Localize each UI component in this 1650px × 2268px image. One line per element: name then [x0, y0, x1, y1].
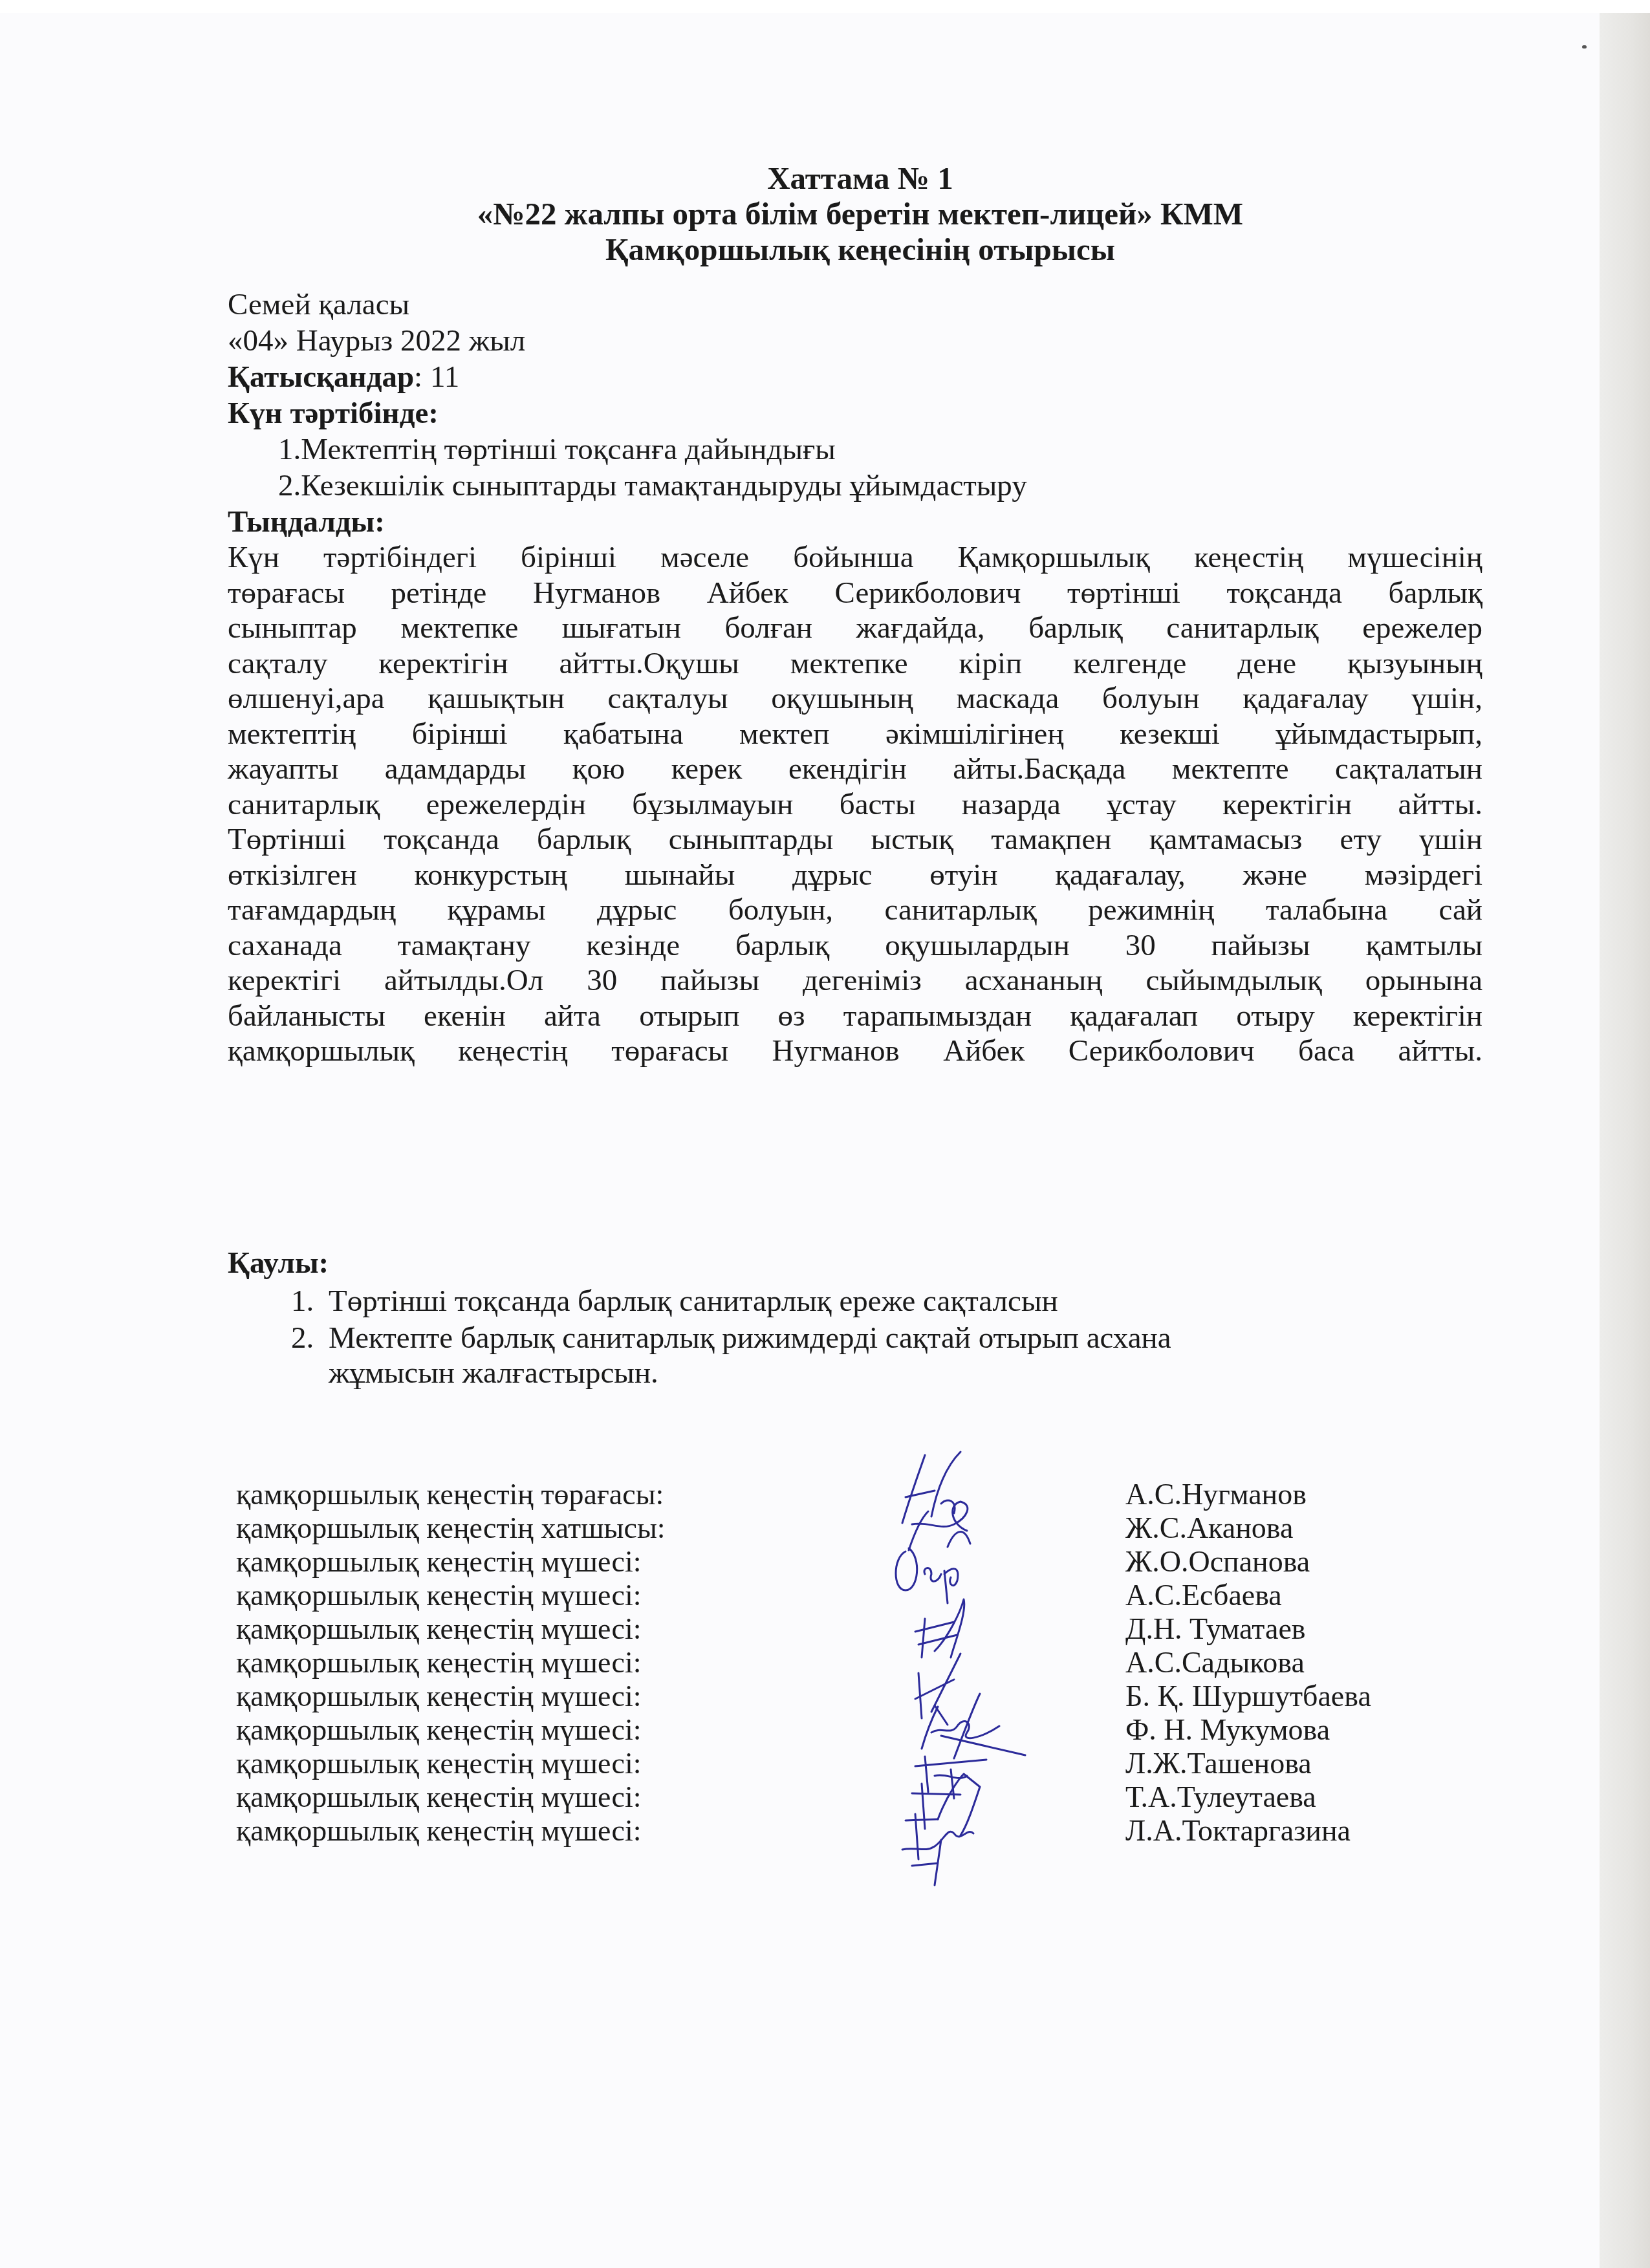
decision-text-continued: жұмысын жалғастырсын.	[291, 1355, 1171, 1390]
paragraph-line: санитарлық ережелердін бұзылмауын басты …	[228, 787, 1482, 823]
signatory-role: қамқоршылық кеңестің мүшесі:	[236, 1612, 642, 1646]
scan-edge-strip	[1600, 13, 1650, 2268]
signatory-role: қамқоршылық кеңестің мүшесі:	[236, 1545, 642, 1579]
signatory-name: А.С.Есбаева	[1125, 1579, 1282, 1612]
paragraph-line: тағамдардың құрамы дұрыс болуын, санитар…	[228, 892, 1482, 928]
agenda-heading: Күн тәртібінде:	[228, 395, 439, 431]
attendees: Қатысқандар: 11	[228, 359, 459, 395]
handwritten-signature-icon	[876, 1788, 1070, 1866]
signatory-role: қамқоршылық кеңестің мүшесі:	[236, 1679, 642, 1713]
paragraph-line: керектігі айтылды.Ол 30 пайызы дегеніміз…	[228, 963, 1482, 999]
paragraph-line: байланысты екенін айта отырып өз тарапым…	[228, 999, 1482, 1034]
scan-speck	[1582, 45, 1587, 49]
paragraph-line: Төртінші тоқсанда барлық сыныптарды ысты…	[228, 822, 1482, 858]
signatory-role: қамқоршылық кеңестің төрағасы:	[236, 1478, 664, 1511]
agenda-item-2: 2.Кезекшілік сыныптарды тамақтандыруды ұ…	[278, 468, 1027, 504]
date: «04» Наурыз 2022 жыл	[228, 323, 525, 359]
signatory-name: А.С.Нугманов	[1125, 1478, 1307, 1511]
heard-paragraph: Күн тәртібіндегі бірінші мәселе бойынша …	[228, 540, 1482, 1069]
paragraph-line: жауапты адамдарды қою керек екендігін ай…	[228, 751, 1482, 787]
agenda-item-1: 1.Мектептің төртінші тоқсанға дайындығы	[278, 431, 836, 468]
paragraph-line: сыныптар мектепке шығатын болған жағдайд…	[228, 610, 1482, 646]
signatory-name: А.С.Садыкова	[1125, 1646, 1305, 1679]
doc-title: Хаттама № 1	[0, 160, 1650, 196]
paragraph-line: саханада тамақтану кезінде барлық оқушыл…	[228, 928, 1482, 964]
signatory-name: Б. Қ. Шуршутбаева	[1125, 1679, 1371, 1713]
signatory-role: қамқоршылық кеңестің мүшесі:	[236, 1646, 642, 1679]
signatory-name: Ж.О.Оспанова	[1125, 1545, 1310, 1579]
decision-number: 2.	[291, 1321, 329, 1355]
paragraph-line: өлшенуі,ара қашықтын сақталуы оқушының м…	[228, 681, 1482, 717]
signature-row: қамқоршылық кеңестің мүшесі: Д.Н. Тумата…	[236, 1612, 1530, 1646]
decided-heading: Қаулы:	[228, 1245, 329, 1281]
decision-text: Мектепте барлық санитарлық рижимдерді са…	[329, 1321, 1171, 1355]
paragraph-line: мектептің бірінші қабатына мектеп әкімші…	[228, 717, 1482, 752]
paragraph-line: өткізілген конкурстың шынайы дұрыс өтуін…	[228, 858, 1482, 893]
signature-row: қамқоршылық кеңестің мүшесі: Л.А.Токтарг…	[236, 1814, 1530, 1848]
city: Семей қаласы	[228, 286, 409, 323]
decision-number: 1.	[291, 1284, 329, 1319]
signatory-name: Л.Ж.Ташенова	[1125, 1747, 1312, 1780]
signatory-name: Д.Н. Туматаев	[1125, 1612, 1306, 1646]
signature-row: қамқоршылық кеңестің мүшесі: Ж.О.Оспанов…	[236, 1545, 1530, 1579]
paragraph-line: сақталу керектігін айтты.Оқушы мектепке …	[228, 646, 1482, 682]
attendees-label: Қатысқандар	[228, 360, 414, 394]
doc-org: «№22 жалпы орта білім беретін мектеп-лиц…	[0, 196, 1650, 232]
signatory-role: қамқоршылық кеңестің мүшесі:	[236, 1579, 642, 1612]
heard-heading: Тыңдалды:	[228, 504, 385, 540]
signatory-name: Л.А.Токтаргазина	[1125, 1814, 1351, 1848]
scan-top-border	[0, 0, 1650, 13]
paragraph-line: төрағасы ретінде Нугманов Айбек Серикбол…	[228, 576, 1482, 611]
signatory-name: Т.А.Тулеутаева	[1125, 1780, 1316, 1814]
decision-text: Төртінші тоқсанда барлық санитарлық ереж…	[329, 1284, 1058, 1318]
signatory-name: Ф. Н. Мукумова	[1125, 1713, 1330, 1747]
decision-item-1: 1.Төртінші тоқсанда барлық санитарлық ер…	[291, 1284, 1058, 1319]
signatory-role: қамқоршылық кеңестің хатшысы:	[236, 1511, 666, 1545]
paragraph-line: қамқоршылық кеңестің төрағасы Нугманов А…	[228, 1033, 1482, 1069]
signatory-role: қамқоршылық кеңестің мүшесі:	[236, 1713, 642, 1747]
signatory-role: қамқоршылық кеңестің мүшесі:	[236, 1747, 642, 1780]
decision-item-2: 2.Мектепте барлық санитарлық рижимдерді …	[291, 1321, 1171, 1390]
signatory-role: қамқоршылық кеңестің мүшесі:	[236, 1814, 642, 1848]
signatory-name: Ж.С.Аканова	[1125, 1511, 1293, 1545]
attendees-value: : 11	[414, 360, 459, 394]
signatory-role: қамқоршылық кеңестің мүшесі:	[236, 1780, 642, 1814]
doc-subtitle: Қамқоршылық кеңесінің отырысы	[0, 232, 1650, 267]
paragraph-line: Күн тәртібіндегі бірінші мәселе бойынша …	[228, 540, 1482, 576]
